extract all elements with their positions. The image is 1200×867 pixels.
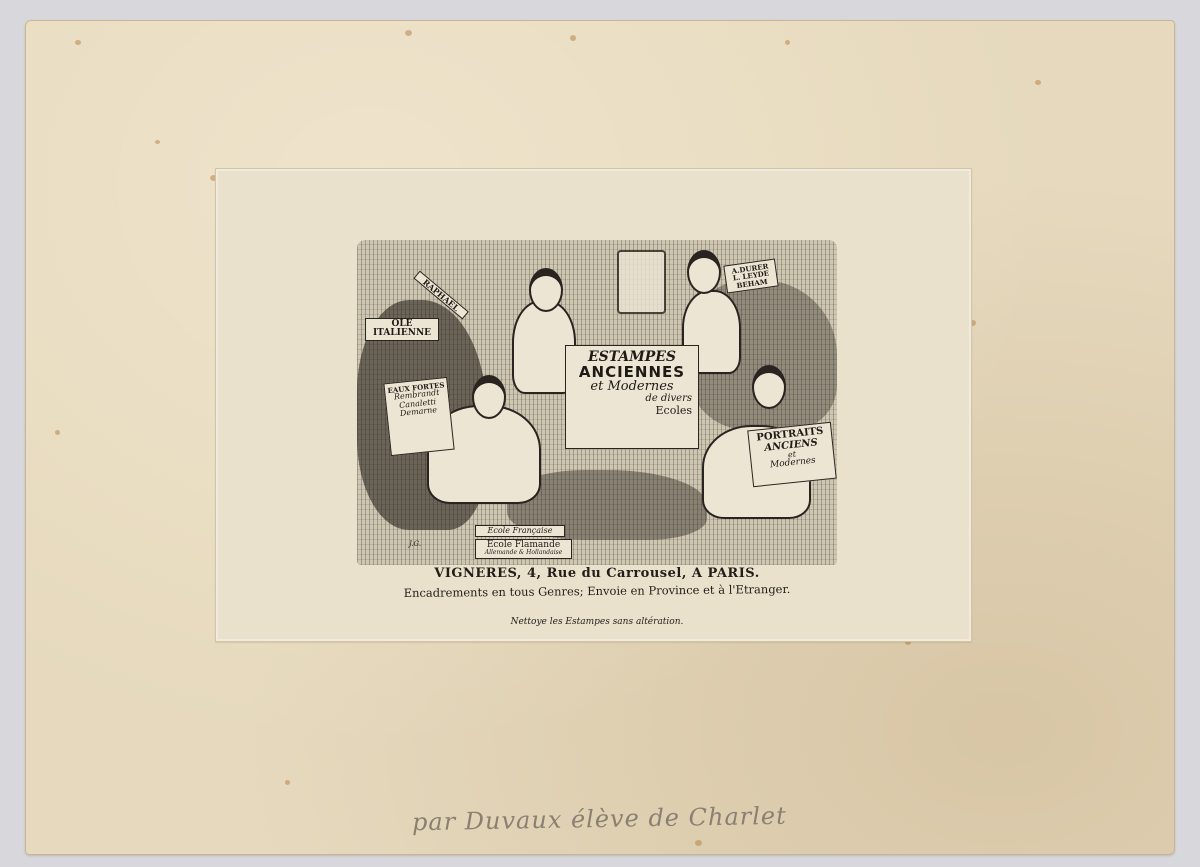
foxing-spot: [285, 780, 290, 785]
boy-top-right-head: [687, 250, 721, 294]
foxing-spot: [1035, 80, 1041, 85]
boy-sitting-left-head: [472, 375, 506, 419]
sign-line-anciennes: ANCIENNES: [566, 365, 698, 381]
foxing-spot: [570, 35, 576, 41]
boy-standing-head: [529, 268, 563, 312]
sign-ecole-francaise: Ecole Française: [475, 525, 565, 537]
engraving-illustration: OLE ITALIENNE RAPHAEL EAUX FORTES Rembra…: [357, 240, 837, 565]
ecole-flamande-sub: Allemande & Hollandaise: [476, 550, 571, 556]
sign-estampes-anciennes: ESTAMPES ANCIENNES et Modernes de divers…: [565, 345, 699, 449]
foxing-spot: [405, 30, 412, 36]
caption-address: VIGNERES, 4, Rue du Carrousel, A PARIS.: [357, 566, 837, 581]
foxing-spot: [155, 140, 160, 144]
sign-ecole-italienne: OLE ITALIENNE: [365, 318, 439, 341]
sign-eaux-fortes: EAUX FORTES Rembrandt Canaletti Demarne: [383, 377, 454, 456]
sign-line-et-modernes: et Modernes: [566, 380, 698, 394]
sign-line-de-divers: de divers: [566, 394, 698, 405]
foxing-spot: [75, 40, 81, 45]
sign-line-ecoles: Ecoles: [566, 405, 698, 417]
foxing-spot: [785, 40, 790, 45]
foxing-spot: [695, 840, 702, 846]
artist-monogram: J.G.: [409, 540, 421, 548]
foxing-spot: [55, 430, 60, 435]
boy-reading-right-head: [752, 365, 786, 409]
sign-portraits: PORTRAITS ANCIENS et Modernes: [747, 422, 836, 487]
sign-ecole-flamande: Ecole Flamande Allemande & Hollandaise: [475, 539, 572, 559]
caption-cleaning: Nettoye les Estampes sans altération.: [357, 617, 837, 627]
portrait-frame: [617, 250, 666, 314]
